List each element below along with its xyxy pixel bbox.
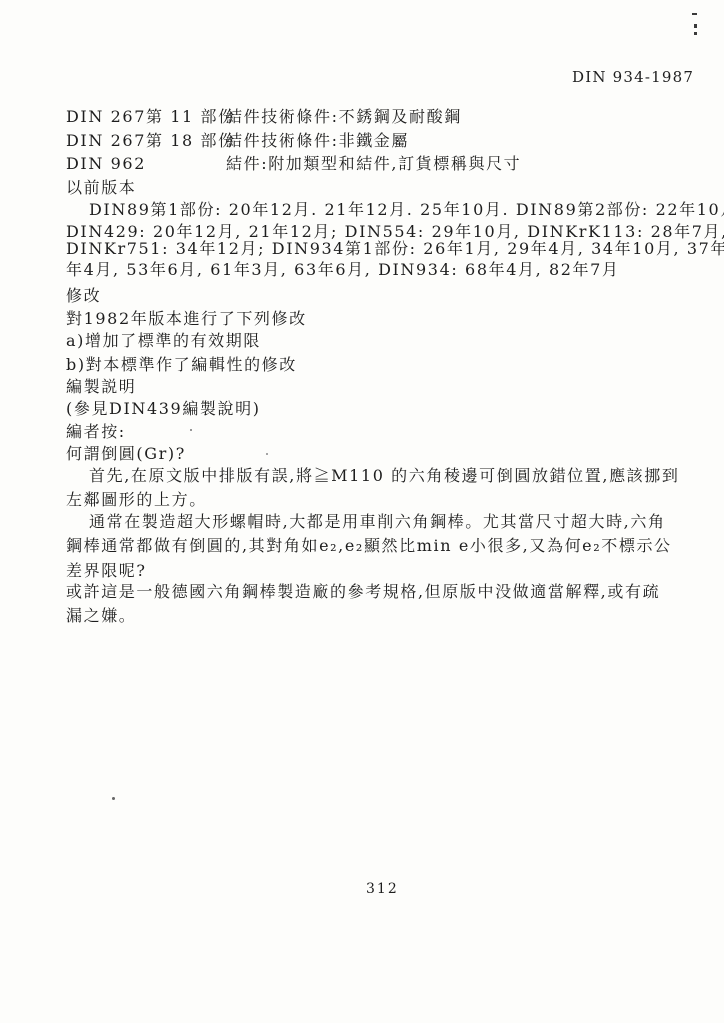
scan-speck bbox=[266, 453, 268, 455]
modifications-intro: 對1982年版本進行了下列修改 bbox=[66, 310, 307, 328]
previous-version-line: DINKr751: 34年12月; DIN934第1部份: 26年1月, 29年… bbox=[66, 240, 724, 258]
section-heading-editor-note: 編者按: bbox=[66, 423, 126, 441]
reference-row: DIN 962結件:附加類型和結件,訂貨標稱與尺寸 bbox=[66, 155, 521, 173]
page-number: 312 bbox=[366, 881, 399, 897]
section-heading-modifications: 修改 bbox=[66, 287, 101, 305]
reference-row: DIN 267第 11 部份結件技術條件:不銹鋼及耐酸鋼 bbox=[66, 108, 462, 126]
scan-speck bbox=[190, 429, 192, 431]
editor-paragraph-line: 漏之嫌。 bbox=[66, 607, 136, 625]
reference-description: 結件技術條件:不銹鋼及耐酸鋼 bbox=[226, 107, 462, 126]
modification-item-b: b)對本標準作了編輯性的修改 bbox=[66, 356, 297, 374]
document-number-header: DIN 934-1987 bbox=[572, 69, 694, 86]
modification-item-a: a)增加了標準的有效期限 bbox=[66, 332, 261, 350]
document-page: DIN 934-1987 DIN 267第 11 部份結件技術條件:不銹鋼及耐酸… bbox=[0, 0, 724, 1023]
editor-paragraph-line: 鋼棒通常都做有倒圓的,其對角如e₂,e₂顯然比min e小很多,又為何e₂不標示… bbox=[66, 537, 672, 555]
editor-question: 何謂倒圓(Gr)? bbox=[66, 445, 186, 463]
reference-description: 結件技術條件:非鐵金屬 bbox=[226, 131, 409, 150]
reference-description: 結件:附加類型和結件,訂貨標稱與尺寸 bbox=[226, 154, 521, 173]
scan-speck bbox=[112, 797, 115, 800]
editor-paragraph-line: 首先,在原文版中排版有誤,將≧M110 的六角稜邊可倒圓放錯位置,應該挪到 bbox=[89, 467, 679, 485]
reference-standard-label: DIN 267第 11 部份 bbox=[66, 108, 226, 126]
section-heading-compilation-notes: 編製説明 bbox=[66, 378, 136, 396]
previous-version-line: 年4月, 53年6月, 61年3月, 63年6月, DIN934: 68年4月,… bbox=[66, 261, 620, 279]
editor-paragraph-line: 或許這是一般德國六角鋼棒製造廠的參考規格,但原版中没做適當解釋,或有疏 bbox=[66, 583, 660, 601]
editor-paragraph-line: 通常在製造超大形螺帽時,大都是用車削六角鋼棒。尤其當尺寸超大時,六角 bbox=[89, 513, 666, 531]
editor-paragraph-line: 差界限呢? bbox=[66, 562, 147, 580]
previous-version-line: DIN89第1部份: 20年12月. 21年12月. 25年10月. DIN89… bbox=[89, 201, 724, 219]
editor-paragraph-line: 左鄰圖形的上方。 bbox=[66, 491, 207, 509]
section-heading-previous-versions: 以前版本 bbox=[66, 179, 136, 197]
reference-standard-label: DIN 267第 18 部份 bbox=[66, 132, 226, 150]
reference-standard-label: DIN 962 bbox=[66, 155, 226, 173]
reference-row: DIN 267第 18 部份結件技術條件:非鐵金屬 bbox=[66, 132, 409, 150]
compilation-reference: (參見DIN439編製說明) bbox=[66, 400, 261, 418]
